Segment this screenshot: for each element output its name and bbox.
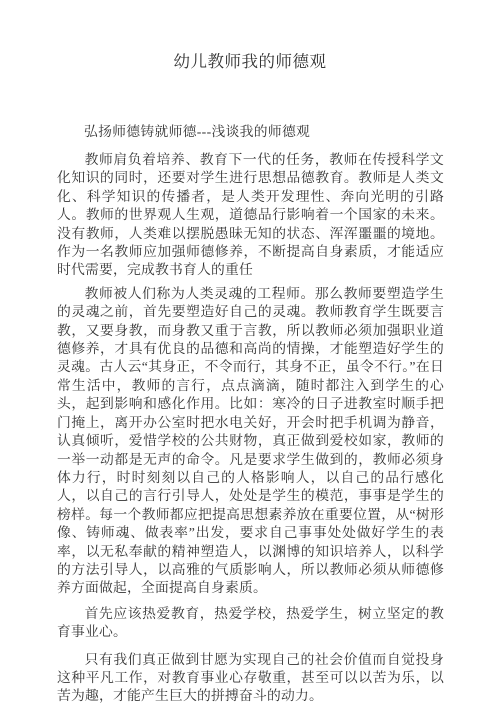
paragraph-dedication: 只有我们真正做到甘愿为实现自己的社会价值而自觉投身这种平凡工作，对教育事业心存敬… — [57, 651, 444, 706]
paragraph-teacher-duty: 教师肩负着培养、教育下一代的任务，教师在传授科学文化知识的同时，还要对学生进行思… — [57, 151, 444, 280]
document-title: 幼儿教师我的师德观 — [0, 0, 500, 74]
document-subtitle: 弘扬师德铸就师德---浅谈我的师德观 — [84, 122, 500, 141]
paragraph-love-education: 首先应该热爱教育，热爱学校，热爱学生，树立坚定的教育事业心。 — [57, 605, 444, 642]
document-page: 幼儿教师我的师德观 弘扬师德铸就师德---浅谈我的师德观 教师肩负着培养、教育下… — [0, 0, 500, 708]
paragraph-soul-engineer: 教师被人们称为人类灵魂的工程师。那么教师要塑造学生的灵魂之前，首先要塑造好自己的… — [57, 285, 444, 598]
